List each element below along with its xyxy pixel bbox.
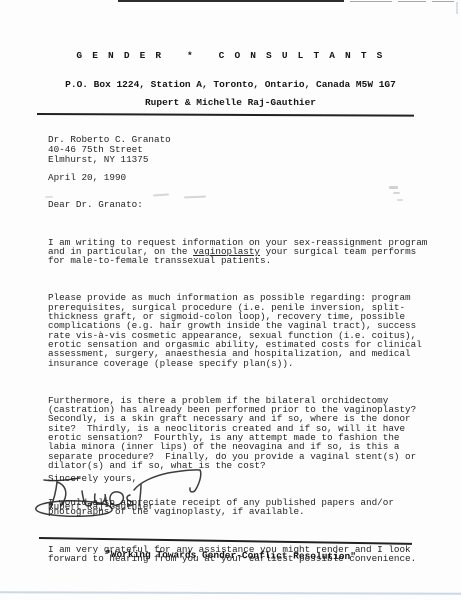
signature-stroke bbox=[50, 482, 57, 509]
recipient-city: Elmhurst, NY 11375 bbox=[48, 155, 171, 165]
scan-smudge bbox=[389, 186, 398, 189]
scan-artifact-bottom-edge bbox=[0, 591, 461, 595]
signature-stroke bbox=[127, 495, 133, 506]
p1-line2-after: your surgical team performs bbox=[260, 246, 416, 257]
scan-smudge bbox=[397, 199, 403, 201]
letter-body: I am writing to request information on y… bbox=[48, 219, 443, 591]
paragraph-request: I am writing to request information on y… bbox=[48, 238, 443, 266]
signature-stroke bbox=[110, 492, 123, 505]
signature-stroke bbox=[139, 484, 141, 506]
scan-artifact-top-line bbox=[432, 1, 454, 2]
signature-stroke bbox=[57, 482, 66, 506]
scan-smudge bbox=[153, 193, 169, 196]
scan-smudge bbox=[184, 196, 206, 199]
signature-stroke bbox=[44, 478, 80, 481]
letterhead-address: P.O. Box 1224, Station A, Toronto, Ontar… bbox=[0, 79, 461, 90]
scan-smudge bbox=[393, 192, 400, 194]
letterhead-divider-line bbox=[37, 113, 414, 117]
scan-artifact-top-line bbox=[398, 1, 426, 2]
handwritten-signature bbox=[28, 460, 220, 520]
signature-stroke bbox=[82, 491, 92, 506]
scan-smudge bbox=[45, 196, 53, 198]
signature-stroke bbox=[36, 501, 112, 516]
letter-date: April 20, 1990 bbox=[48, 173, 126, 183]
letterhead-principals: Rupert & Michelle Raj-Gauthier bbox=[0, 97, 461, 108]
scanned-letter-page: G E N D E R * C O N S U L T A N T S P.O.… bbox=[0, 0, 461, 600]
scan-artifact-top-line bbox=[118, 0, 344, 2]
letterhead-org-name: G E N D E R * C O N S U L T A N T S bbox=[0, 50, 461, 61]
scan-artifact-top-line bbox=[350, 1, 392, 2]
salutation: Dear Dr. Granato: bbox=[48, 200, 143, 210]
scan-artifact-edge-mark bbox=[456, 2, 458, 14]
recipient-address-block: Dr. Roberto C. Granato 40-46 75th Street… bbox=[48, 135, 171, 165]
signature-stroke bbox=[134, 470, 201, 492]
paragraph-information-items: Please provide as much information as po… bbox=[48, 293, 443, 367]
p1-line3: for male-to-female transsexual patients. bbox=[48, 255, 271, 266]
